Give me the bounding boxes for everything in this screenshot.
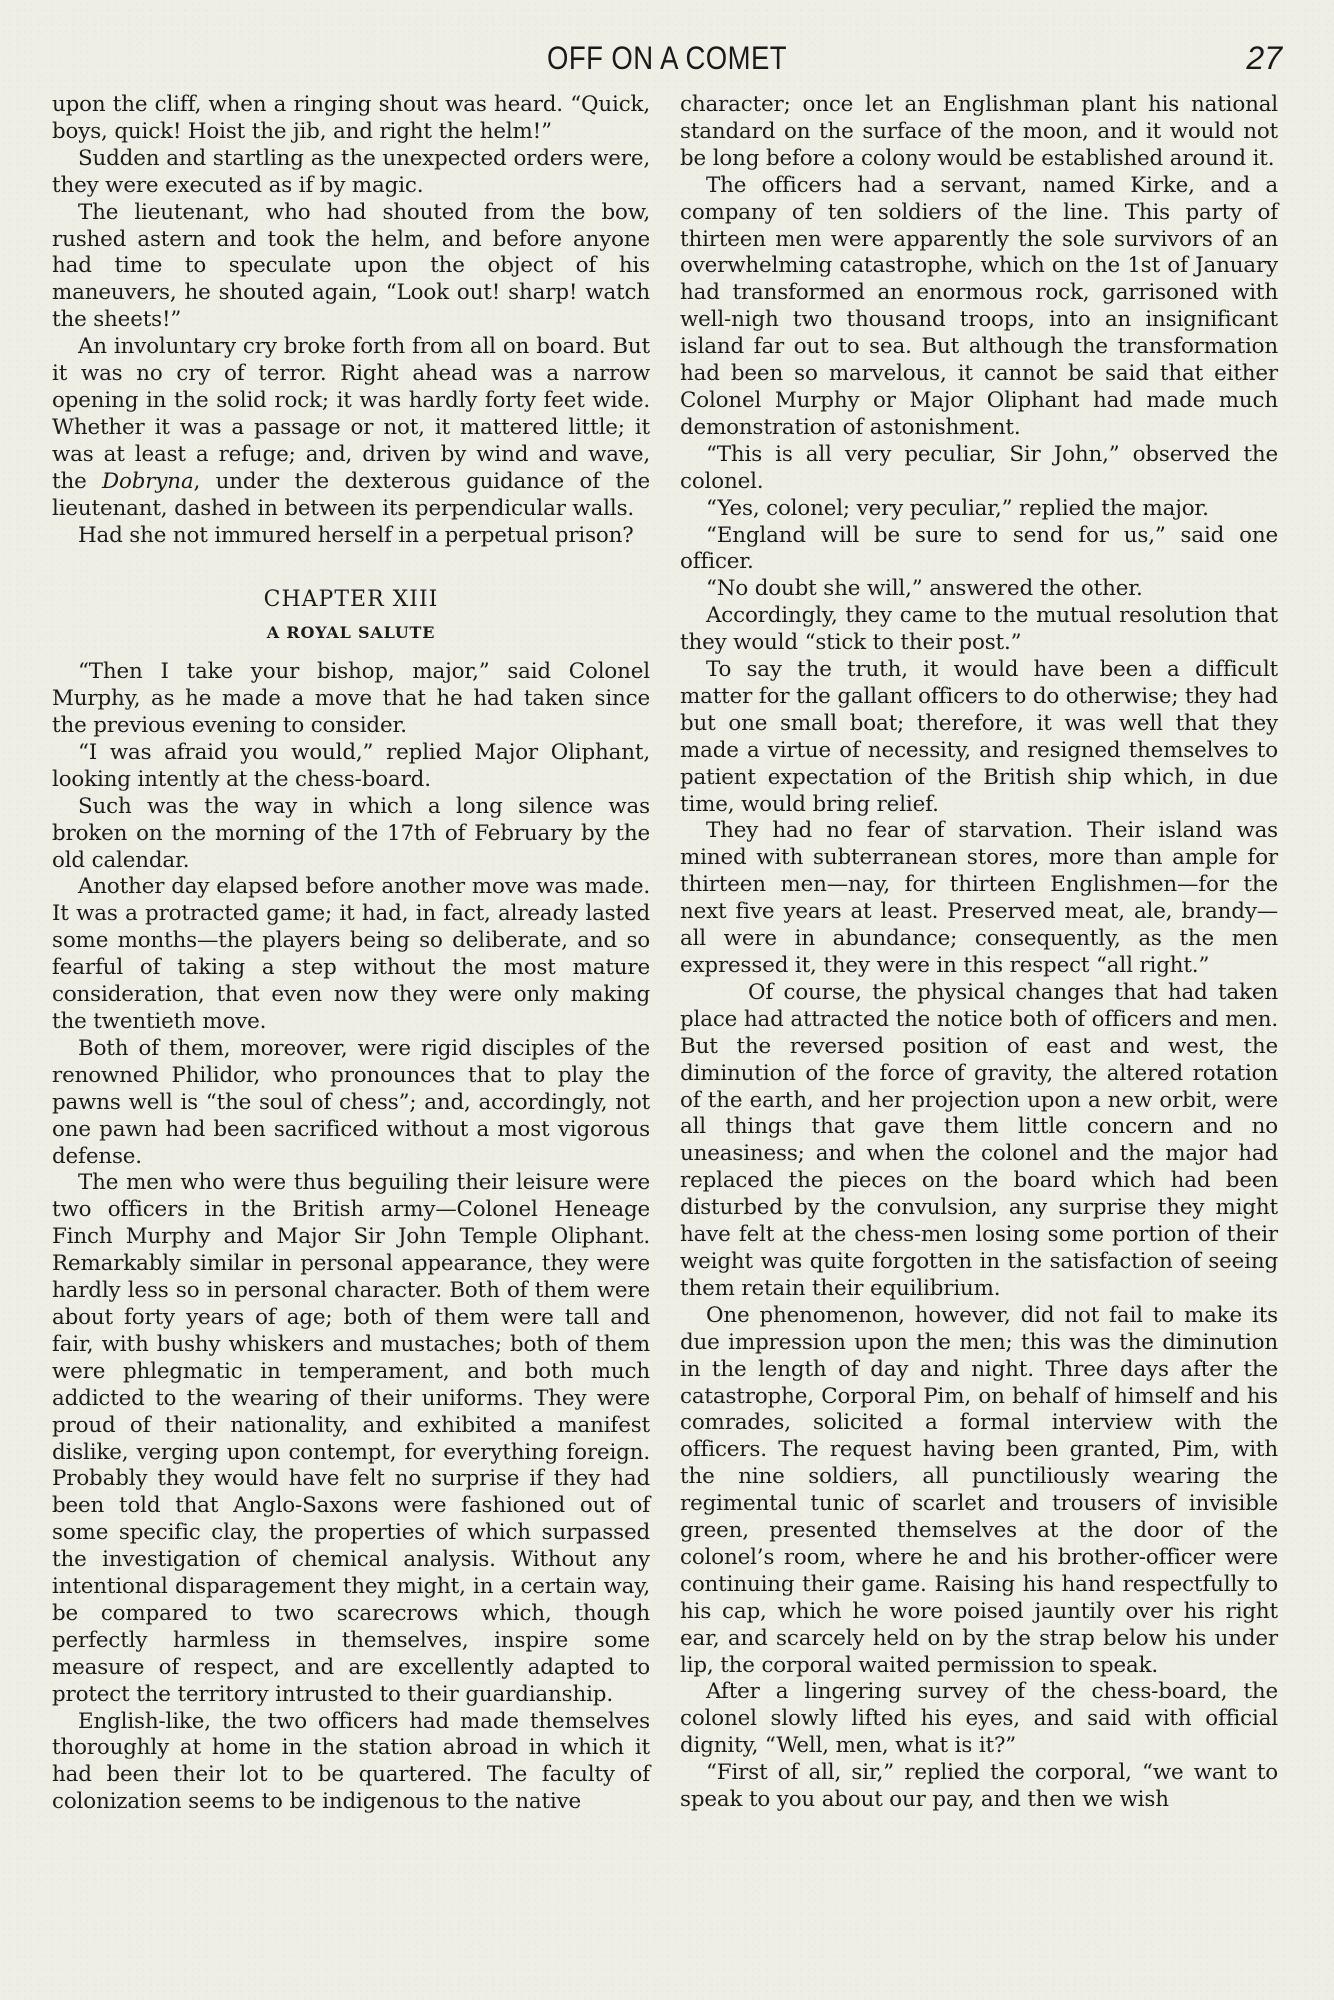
paragraph: To say the truth, it would have been a d…	[680, 657, 1278, 818]
paragraph: They had no fear of starvation. Their is…	[680, 818, 1278, 979]
paragraph: After a lingering survey of the chess-bo…	[680, 1679, 1278, 1760]
left-column: upon the cliff, when a ringing shout was…	[52, 92, 650, 1816]
running-head: OFF ON A COMET 27	[0, 40, 1334, 76]
paragraph: Such was the way in which a long silence…	[52, 794, 650, 875]
paragraph: “First of all, sir,” replied the corpora…	[680, 1760, 1278, 1814]
paragraph: Of course, the physical changes that had…	[680, 980, 1278, 1303]
paragraph: “England will be sure to send for us,” s…	[680, 523, 1278, 577]
right-column: character; once let an Englishman plant …	[680, 92, 1278, 1814]
paragraph: An involuntary cry broke forth from all …	[52, 334, 650, 522]
paragraph: “I was afraid you would,” replied Major …	[52, 740, 650, 794]
paragraph: One phenomenon, however, did not fail to…	[680, 1303, 1278, 1680]
paragraph: upon the cliff, when a ringing shout was…	[52, 92, 650, 146]
running-title: OFF ON A COMET	[93, 40, 1240, 76]
paragraph: Sudden and startling as the unexpected o…	[52, 146, 650, 200]
paragraph: Both of them, moreover, were rigid disci…	[52, 1036, 650, 1171]
paragraph: “Then I take your bishop, major,” said C…	[52, 659, 650, 740]
chapter-heading: CHAPTER XIII	[52, 587, 650, 614]
paragraph: Another day elapsed before another move …	[52, 874, 650, 1035]
paragraph: The men who were thus beguiling their le…	[52, 1170, 650, 1708]
paragraph: Accordingly, they came to the mutual res…	[680, 603, 1278, 657]
paragraph: character; once let an Englishman plant …	[680, 92, 1278, 173]
page-number: 27	[1246, 40, 1282, 76]
paragraph: The lieutenant, who had shouted from the…	[52, 200, 650, 335]
paragraph: The officers had a servant, named Kirke,…	[680, 173, 1278, 442]
paragraph: “This is all very peculiar, Sir John,” o…	[680, 442, 1278, 496]
paragraph: “Yes, colonel; very peculiar,” replied t…	[680, 496, 1278, 523]
paragraph: Had she not immured herself in a perpetu…	[52, 523, 650, 550]
paragraph: English-like, the two officers had made …	[52, 1709, 650, 1817]
paragraph: “No doubt she will,” answered the other.	[680, 576, 1278, 603]
chapter-subtitle: A ROYAL SALUTE	[52, 620, 650, 647]
ship-name: Dobryna	[102, 469, 194, 494]
